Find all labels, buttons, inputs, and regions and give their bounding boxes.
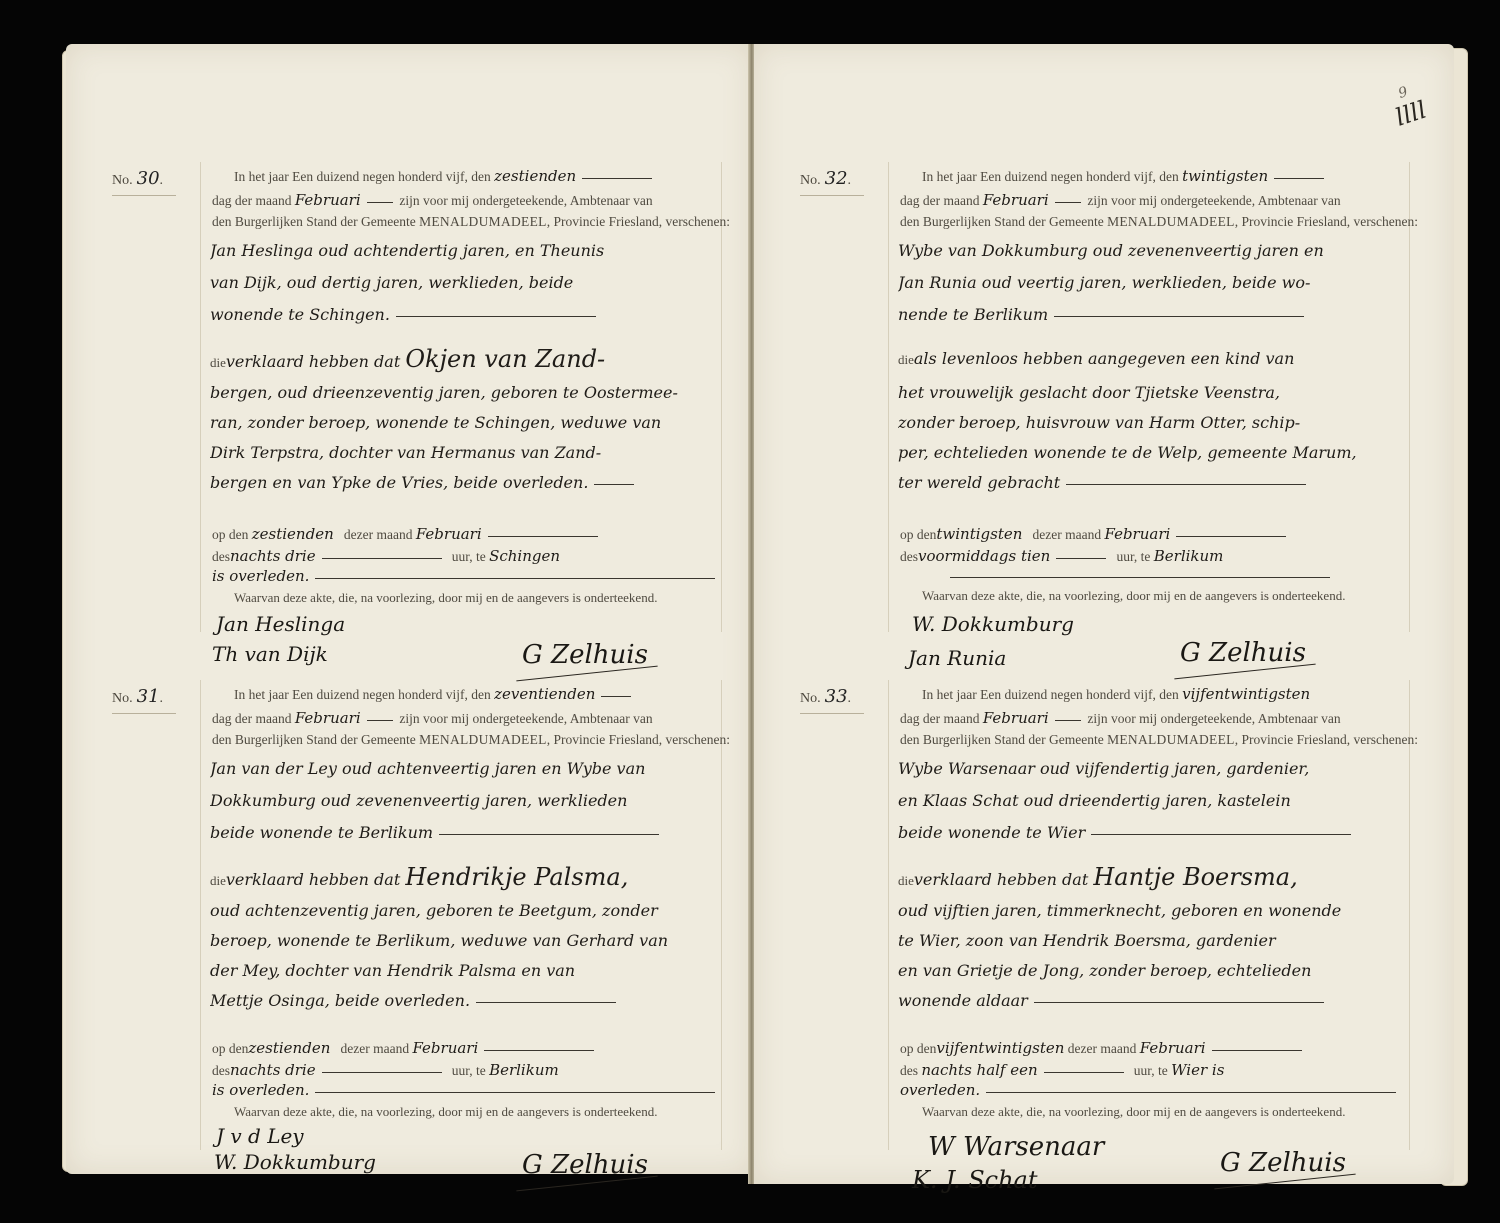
- declarant-signature: W Warsenaar: [928, 1132, 1104, 1162]
- act-month-line: dag der maand Februari zijn voor mij ond…: [212, 190, 722, 211]
- act-number: No.33.: [800, 686, 864, 714]
- act-municipality-line: den Burgerlijken Stand der Gemeente MENA…: [212, 212, 722, 232]
- event-suffix-line: is overleden.: [212, 1080, 722, 1101]
- appeared-line: Wybe van Dokkumburg oud zevenenveertig j…: [898, 236, 1410, 266]
- detail-line: ter wereld gebracht: [898, 468, 1410, 498]
- appeared-line: beide wonende te Berlikum: [210, 818, 722, 848]
- event-suffix-line: [900, 566, 1410, 586]
- left-page: No.30. In het jaar Een duizend negen hon…: [66, 44, 752, 1174]
- act-municipality-line: den Burgerlijken Stand der Gemeente MENA…: [900, 212, 1410, 232]
- detail-line: bergen, oud drieenzeventig jaren, gebore…: [210, 378, 722, 408]
- declaration-line: dieverklaard hebben dat Hendrikje Palsma…: [210, 862, 722, 896]
- appeared-line: van Dijk, oud dertig jaren, werklieden, …: [210, 268, 722, 298]
- act-month-line: dag der maand Februari zijn voor mij ond…: [212, 708, 722, 729]
- deceased-name: Okjen van Zand-: [405, 345, 605, 373]
- act-intro-line: In het jaar Een duizend negen honderd vi…: [212, 166, 744, 187]
- event-time-line: desvoormiddags tien uur, te Berlikum: [900, 546, 1410, 567]
- act-intro-line: In het jaar Een duizend negen honderd vi…: [900, 684, 1432, 705]
- official-signature: G Zelhuis: [1220, 1148, 1346, 1178]
- folio-number: 9llll: [1387, 80, 1430, 131]
- deceased-name: Hantje Boersma,: [1093, 863, 1297, 891]
- closing-formula: Waarvan deze akte, die, na voorlezing, d…: [212, 1102, 744, 1122]
- event-suffix-line: is overleden.: [212, 566, 722, 587]
- detail-line: bergen en van Ypke de Vries, beide overl…: [210, 468, 722, 498]
- detail-line: te Wier, zoon van Hendrik Boersma, garde…: [898, 926, 1410, 956]
- detail-line: het vrouwelijk geslacht door Tjietske Ve…: [898, 378, 1410, 408]
- appeared-line: Jan Heslinga oud achtendertig jaren, en …: [210, 236, 722, 266]
- detail-line: Mettje Osinga, beide overleden.: [210, 986, 722, 1016]
- event-time-line: desnachts drie uur, te Schingen: [212, 546, 722, 567]
- event-date-line: op dentwintigsten dezer maand Februari: [900, 524, 1410, 545]
- appeared-line: beide wonende te Wier: [898, 818, 1410, 848]
- appeared-line: Jan van der Ley oud achtenveertig jaren …: [210, 754, 722, 784]
- detail-line: Dirk Terpstra, dochter van Hermanus van …: [210, 438, 722, 468]
- event-date-line: op denvijfentwintigsten dezer maand Febr…: [900, 1038, 1410, 1059]
- declarant-signature: J v d Ley: [216, 1124, 304, 1148]
- open-register-book: No.30. In het jaar Een duizend negen hon…: [0, 0, 1500, 1223]
- right-page: 9llll No.32. In het jaar Een duizend neg…: [754, 44, 1454, 1184]
- declarant-signature: W. Dokkumburg: [214, 1150, 376, 1174]
- official-signature: G Zelhuis: [522, 640, 648, 670]
- declarant-signature: W. Dokkumburg: [912, 612, 1074, 636]
- event-time-line: des nachts half een uur, te Wier is: [900, 1060, 1410, 1081]
- detail-line: beroep, wonende te Berlikum, weduwe van …: [210, 926, 722, 956]
- act-number: No.30.: [112, 168, 176, 196]
- declaration-line: dieals levenloos hebben aangegeven een k…: [898, 344, 1410, 375]
- detail-line: ran, zonder beroep, wonende te Schingen,…: [210, 408, 722, 438]
- deceased-name: Hendrikje Palsma,: [405, 863, 628, 891]
- detail-line: oud achtenzeventig jaren, geboren te Bee…: [210, 896, 722, 926]
- event-date-line: op den zestienden dezer maand Februari: [212, 524, 722, 545]
- detail-line: der Mey, dochter van Hendrik Palsma en v…: [210, 956, 722, 986]
- official-signature: G Zelhuis: [522, 1150, 648, 1180]
- act-number: No.31.: [112, 686, 176, 714]
- event-time-line: desnachts drie uur, te Berlikum: [212, 1060, 722, 1081]
- event-suffix-line: overleden.: [900, 1080, 1410, 1101]
- closing-formula: Waarvan deze akte, die, na voorlezing, d…: [900, 586, 1432, 606]
- official-signature: G Zelhuis: [1180, 638, 1306, 668]
- declarant-signature: Th van Dijk: [212, 642, 328, 666]
- declaration-line: dieverklaard hebben dat Okjen van Zand-: [210, 344, 722, 378]
- appeared-line: nende te Berlikum: [898, 300, 1410, 330]
- detail-line: oud vijftien jaren, timmerknecht, gebore…: [898, 896, 1410, 926]
- appeared-line: wonende te Schingen.: [210, 300, 722, 330]
- act-municipality-line: den Burgerlijken Stand der Gemeente MENA…: [212, 730, 722, 750]
- appeared-line: Wybe Warsenaar oud vijfendertig jaren, g…: [898, 754, 1410, 784]
- closing-formula: Waarvan deze akte, die, na voorlezing, d…: [900, 1102, 1432, 1122]
- event-date-line: op denzestienden dezer maand Februari: [212, 1038, 722, 1059]
- appeared-line: en Klaas Schat oud drieendertig jaren, k…: [898, 786, 1410, 816]
- detail-line: zonder beroep, huisvrouw van Harm Otter,…: [898, 408, 1410, 438]
- act-intro-line: In het jaar Een duizend negen honderd vi…: [212, 684, 744, 705]
- declarant-signature: Jan Runia: [908, 646, 1006, 670]
- act-municipality-line: den Burgerlijken Stand der Gemeente MENA…: [900, 730, 1410, 750]
- act-day: zestienden: [494, 167, 576, 185]
- detail-line: wonende aldaar: [898, 986, 1410, 1016]
- detail-line: en van Grietje de Jong, zonder beroep, e…: [898, 956, 1410, 986]
- closing-formula: Waarvan deze akte, die, na voorlezing, d…: [212, 588, 744, 608]
- appeared-line: Dokkumburg oud zevenenveertig jaren, wer…: [210, 786, 722, 816]
- appeared-line: Jan Runia oud veertig jaren, werklieden,…: [898, 268, 1410, 298]
- act-month-line: dag der maand Februari zijn voor mij ond…: [900, 708, 1410, 729]
- declarant-signature: Jan Heslinga: [216, 612, 345, 636]
- act-intro-line: In het jaar Een duizend negen honderd vi…: [900, 166, 1432, 187]
- act-number: No.32.: [800, 168, 864, 196]
- declaration-line: dieverklaard hebben dat Hantje Boersma,: [898, 862, 1410, 896]
- declarant-signature: K. J. Schat: [912, 1166, 1038, 1194]
- act-month-line: dag der maand Februari zijn voor mij ond…: [900, 190, 1410, 211]
- detail-line: per, echtelieden wonende te de Welp, gem…: [898, 438, 1410, 468]
